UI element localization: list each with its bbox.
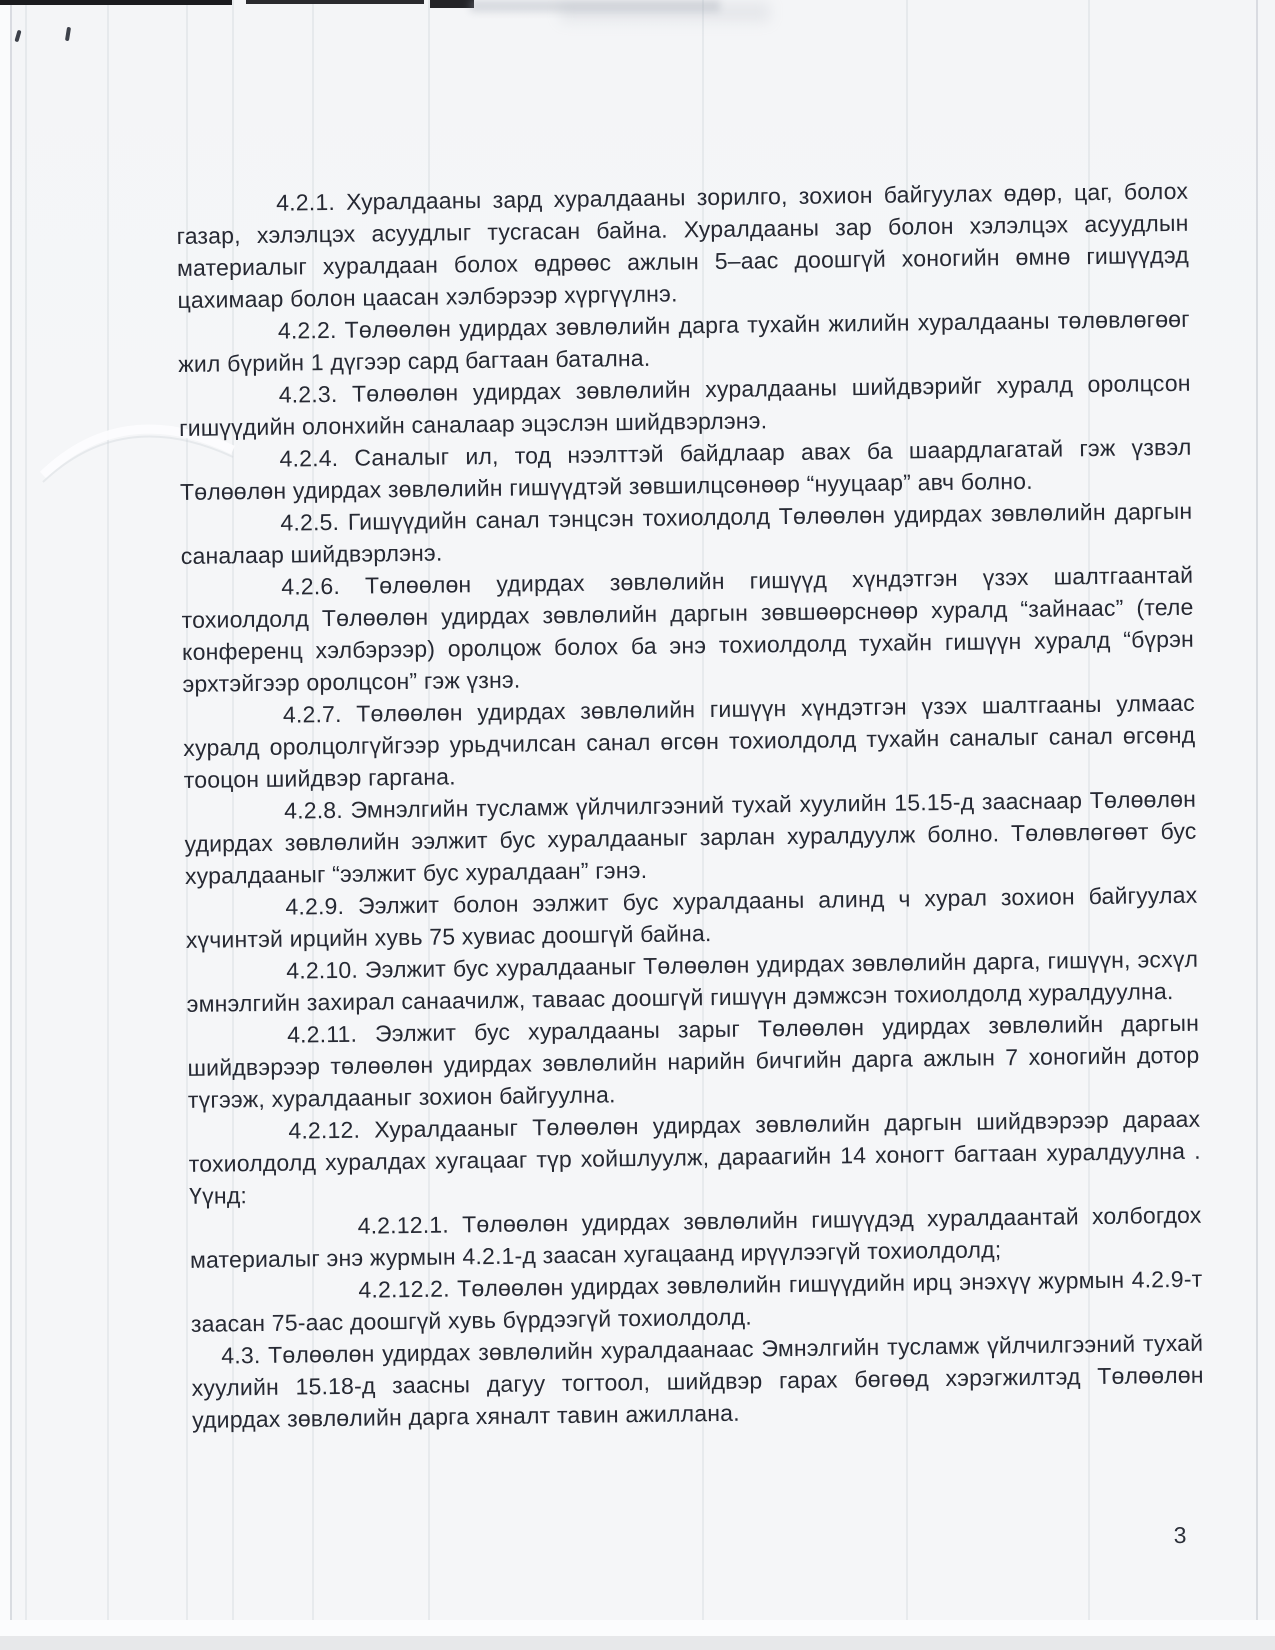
page-number: 3 (1150, 1522, 1210, 1550)
scan-streak (10, 0, 12, 1650)
paragraph-4-2-7: 4.2.7. Төлөөлөн удирдах зөвлөлийн гишүүн… (183, 687, 1196, 796)
scan-artifact-top-bar-2 (246, 0, 424, 4)
scan-noise-mark-2 (65, 27, 71, 41)
scan-artifact-top-bar-3 (430, 0, 474, 8)
paragraph-4-2-12: 4.2.12. Хуралдааныг Төлөөлөн удирдах зөв… (188, 1103, 1201, 1212)
paragraph-4-2-11: 4.2.11. Ээлжит бус хуралдааны зарыг Төлө… (187, 1007, 1200, 1116)
bottom-scan-band (0, 1636, 1275, 1650)
scan-artifact-top-bar-1 (0, 0, 232, 5)
scan-streak (107, 0, 109, 1650)
paragraph-4-3: 4.3. Төлөөлөн удирдах зөвлөлийн хуралдаа… (191, 1327, 1204, 1436)
document-body: 4.2.1. Хуралдааны зард хуралдааны зорилг… (176, 175, 1204, 1436)
scanned-page: 4.2.1. Хуралдааны зард хуралдааны зорилг… (0, 0, 1275, 1650)
scan-streak (25, 0, 27, 1650)
scan-bed-left-strip (0, 0, 10, 1650)
scan-noise-mark-1 (14, 30, 21, 43)
paragraph-4-2-8: 4.2.8. Эмнэлгийн тусламж үйлчилгээний ту… (184, 783, 1197, 892)
scan-streak (1256, 0, 1258, 1650)
paragraph-4-2-6: 4.2.6. Төлөөлөн удирдах зөвлөлийн гишүүд… (181, 559, 1195, 700)
bottom-page-edge (0, 1620, 1275, 1636)
scan-artifact-top-smudge-2 (560, 2, 770, 22)
paragraph-4-2-1: 4.2.1. Хуралдааны зард хуралдааны зорилг… (176, 175, 1190, 316)
